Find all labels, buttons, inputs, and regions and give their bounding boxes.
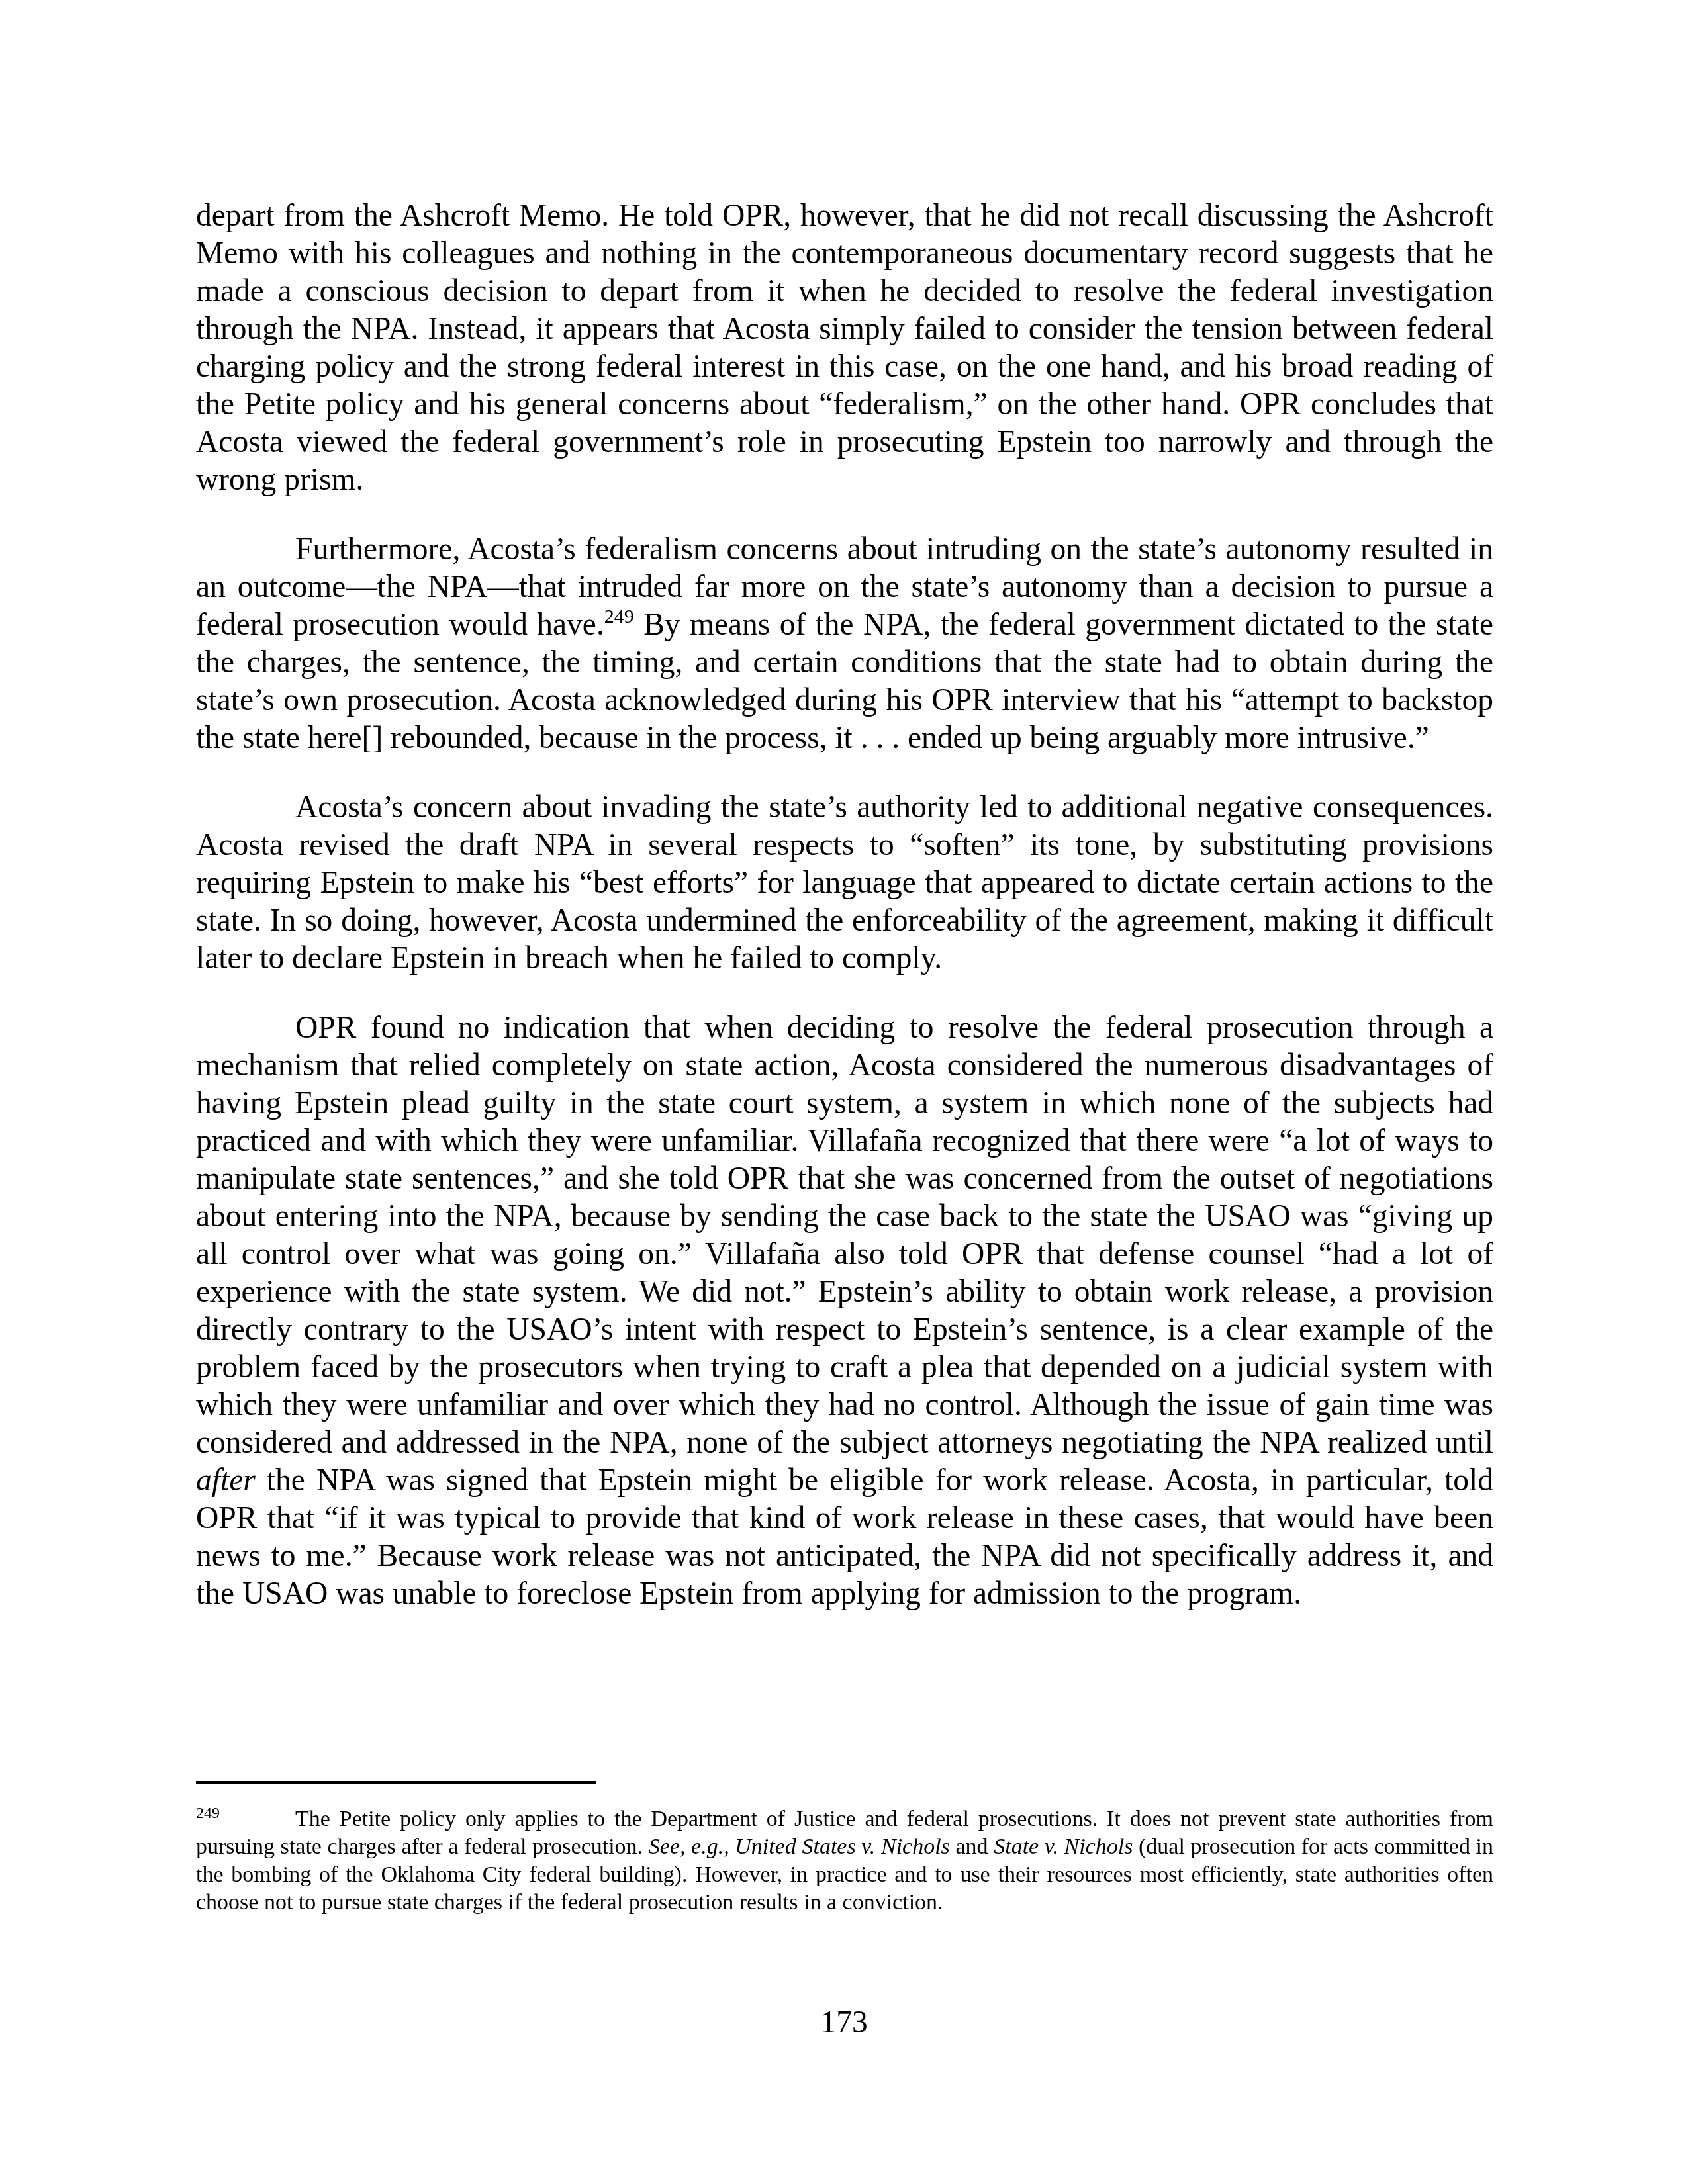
italic-text: after xyxy=(196,1463,256,1498)
footnotes: 249The Petite policy only applies to the… xyxy=(196,1805,1493,1917)
italic-text: State v. Nichols xyxy=(994,1835,1133,1859)
paragraph-4: OPR found no indication that when decidi… xyxy=(196,1009,1493,1613)
body-text: depart from the Ashcroft Memo. He told O… xyxy=(196,197,1493,1645)
footnote-reference[interactable]: 249 xyxy=(604,606,634,627)
document-page: depart from the Ashcroft Memo. He told O… xyxy=(0,0,1688,2184)
italic-text: See, e.g., United States v. Nichols xyxy=(649,1835,950,1859)
paragraph-3: Acosta’s concern about invading the stat… xyxy=(196,789,1493,978)
footnote-separator xyxy=(196,1781,596,1784)
paragraph-1: depart from the Ashcroft Memo. He told O… xyxy=(196,197,1493,499)
page-number: 173 xyxy=(0,2004,1688,2042)
paragraph-2: Furthermore, Acosta’s federalism concern… xyxy=(196,531,1493,757)
footnote-249: 249The Petite policy only applies to the… xyxy=(196,1805,1493,1917)
